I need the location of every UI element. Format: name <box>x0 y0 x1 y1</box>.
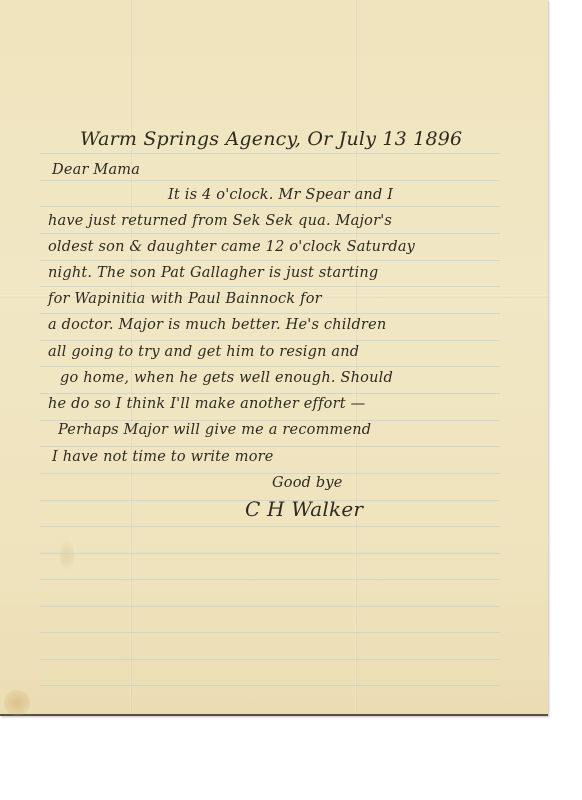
ruled-line <box>40 180 500 181</box>
signature: C H Walker <box>245 497 363 521</box>
ruled-line <box>40 206 500 207</box>
ruled-line <box>40 446 500 447</box>
ruled-line <box>40 473 500 474</box>
paper-stain <box>60 540 74 570</box>
salutation: Dear Mama <box>52 162 140 178</box>
body-line: night. The son Pat Gallagher is just sta… <box>48 265 378 281</box>
ruled-line <box>40 260 500 261</box>
ruled-line <box>40 579 500 580</box>
ruled-line <box>40 606 500 607</box>
body-line: go home, when he gets well enough. Shoul… <box>60 370 393 386</box>
body-line: for Wapinitia with Paul Bainnock for <box>48 291 322 307</box>
ruled-line <box>40 340 500 341</box>
body-line: It is 4 o'clock. Mr Spear and I <box>168 187 393 203</box>
ruled-line <box>40 553 500 554</box>
ruled-line <box>40 313 500 314</box>
closing: Good bye <box>272 475 343 491</box>
body-line: oldest son & daughter came 12 o'clock Sa… <box>48 239 415 255</box>
body-line: I have not time to write more <box>52 449 274 465</box>
body-line: have just returned from Sek Sek qua. Maj… <box>48 213 392 229</box>
ruled-line <box>40 659 500 660</box>
ruled-line <box>40 233 500 234</box>
ruled-line <box>40 420 500 421</box>
ruled-line <box>40 366 500 367</box>
ruled-line <box>40 632 500 633</box>
body-line: Perhaps Major will give me a recommend <box>58 422 371 438</box>
paper-stain <box>4 690 30 716</box>
ruled-line <box>40 153 500 154</box>
ruled-line <box>40 286 500 287</box>
ruled-line <box>40 526 500 527</box>
ruled-line <box>40 685 500 686</box>
dateline: Warm Springs Agency, Or July 13 1896 <box>80 128 462 150</box>
body-line: he do so I think I'll make another effor… <box>48 396 365 412</box>
body-line: all going to try and get him to resign a… <box>48 344 359 360</box>
ruled-line <box>40 393 500 394</box>
letter-paper: Warm Springs Agency, Or July 13 1896 Dea… <box>0 0 548 716</box>
body-line: a doctor. Major is much better. He's chi… <box>48 317 386 333</box>
